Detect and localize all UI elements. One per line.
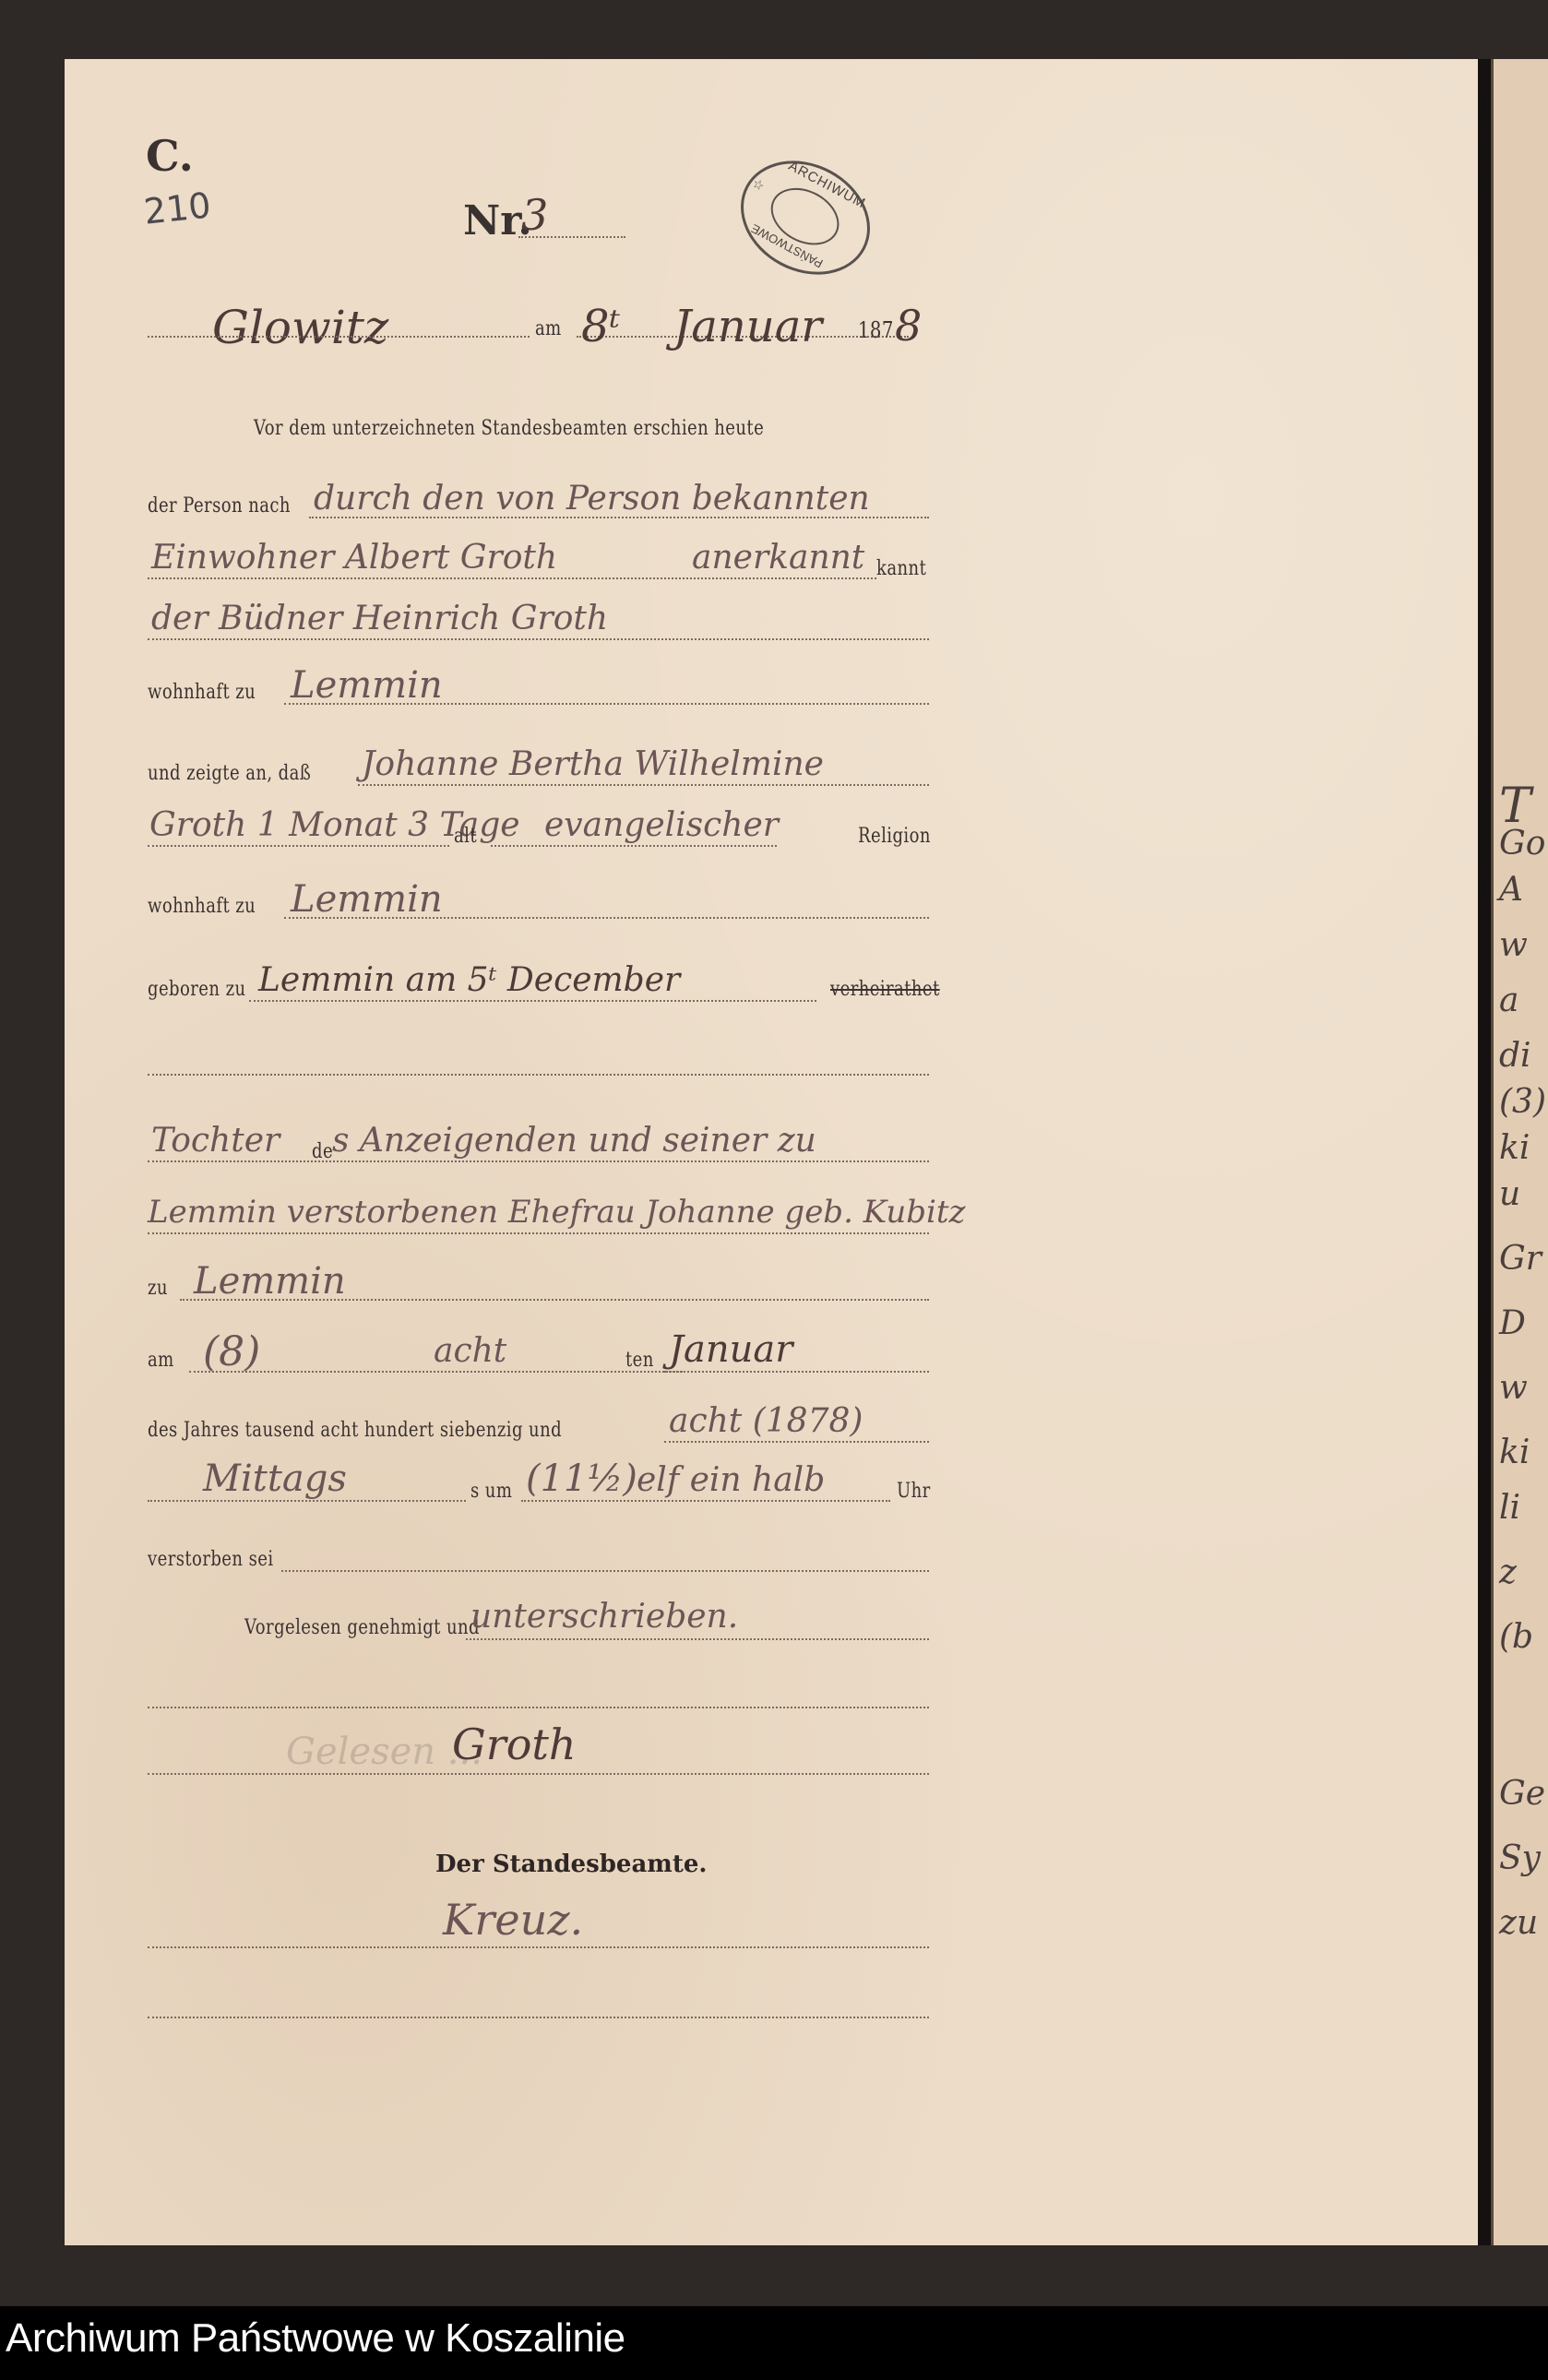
age-label: alt — [454, 825, 477, 848]
entry-number-line — [518, 236, 625, 238]
neighbour-line: Ge — [1499, 1775, 1545, 1813]
zu-value: Lemmin — [194, 1260, 346, 1303]
religion-line — [491, 845, 777, 847]
page-gutter — [1478, 59, 1491, 2245]
neighbour-line: li — [1499, 1489, 1520, 1527]
informant-signature-line — [148, 1773, 929, 1775]
deceased-residence-value: Lemmin — [291, 878, 443, 921]
died-label: verstorben sei — [148, 1548, 274, 1571]
read-value: unterschrieben. — [470, 1598, 738, 1636]
relation-rest: s Anzeigenden und seiner zu — [332, 1122, 816, 1160]
archive-caption-bar: Archiwum Państwowe w Koszalinie — [0, 2306, 1548, 2380]
neighbour-line: A — [1499, 871, 1523, 909]
residence-value: Lemmin — [291, 664, 443, 707]
official-signature: Kreuz. — [443, 1895, 583, 1945]
death-ten-label: ten — [625, 1349, 654, 1372]
death-day-word: acht — [434, 1332, 506, 1370]
year-printed: 187 — [858, 317, 894, 343]
deceased-name: Johanne Bertha Wilhelmine — [362, 745, 824, 783]
time-of-day: Mittags — [203, 1458, 347, 1500]
neighbour-line: w — [1499, 1369, 1528, 1407]
mother-value: Lemmin verstorbenen Ehefrau Johanne geb.… — [148, 1194, 965, 1231]
zu-label: zu — [148, 1277, 168, 1300]
place-value: Glowitz — [212, 301, 388, 354]
pencil-page-number: 210 — [142, 184, 213, 232]
neighbour-page: T Go A w a di (3) ki u Gr D w ki li z (b… — [1491, 59, 1548, 2245]
born-label: geboren zu — [148, 978, 246, 1001]
date-label: am — [535, 317, 562, 340]
name-suffix-handwritten: anerkannt — [692, 539, 864, 577]
neighbour-line: w — [1499, 926, 1528, 964]
neighbour-line: ki — [1499, 1434, 1530, 1471]
death-day-line — [189, 1371, 683, 1373]
informant-signature: Groth — [452, 1720, 577, 1769]
born-line — [249, 1000, 816, 1002]
year-sentence: des Jahres tausend acht hundert siebenzi… — [148, 1419, 562, 1442]
time-of-day-line — [148, 1500, 466, 1502]
entry-number: 3 — [521, 190, 548, 240]
time-hour: (11½) — [526, 1458, 637, 1500]
religion-value: evangelischer — [544, 806, 779, 844]
death-month-line — [664, 1371, 929, 1373]
neighbour-line: Go — [1499, 825, 1545, 863]
name-line — [148, 577, 876, 579]
died-line — [281, 1570, 929, 1572]
death-year-value: acht (1878) — [669, 1402, 863, 1440]
reported-label: und zeigte an, daß — [148, 762, 311, 785]
time-words: elf ein halb — [637, 1461, 825, 1499]
death-month: Januar — [669, 1328, 792, 1371]
neighbour-line: Sy — [1499, 1839, 1541, 1877]
document-page: C. 210 ARCHIWUM PAŃSTWOWE ☆ Nr. 3 Glowit… — [65, 59, 1480, 2245]
deceased-name-line — [358, 784, 929, 786]
time-mid-label: s um — [470, 1480, 512, 1503]
person-label: der Person nach — [148, 494, 291, 518]
name-suffix-printed: kannt — [876, 557, 926, 580]
neighbour-line: ki — [1499, 1129, 1530, 1167]
intro-text: Vor dem unterzeichneten Standesbeamten e… — [254, 417, 764, 440]
neighbour-line: z — [1499, 1553, 1517, 1591]
neighbour-line: D — [1499, 1304, 1526, 1342]
residence-label: wohnhaft zu — [148, 681, 256, 704]
death-day: (8) — [203, 1328, 260, 1375]
relation-value: Tochter — [151, 1122, 280, 1160]
neighbour-line: (3) — [1499, 1083, 1546, 1121]
informant-signature-top-line — [148, 1707, 929, 1708]
series-letter: C. — [146, 131, 194, 181]
name-value: Einwohner Albert Groth — [151, 539, 557, 577]
relation-printed: de — [312, 1140, 333, 1163]
blank-line — [148, 1074, 929, 1076]
archive-caption: Archiwum Państwowe w Koszalinie — [6, 2315, 625, 2362]
official-heading: Der Standesbeamte. — [435, 1850, 707, 1878]
neighbour-line: (b — [1499, 1618, 1533, 1656]
date-month: Januar — [673, 301, 822, 352]
death-year-line — [664, 1441, 929, 1443]
time-line — [521, 1500, 890, 1502]
neighbour-line: u — [1499, 1175, 1520, 1213]
married-label-struck: verheirathet — [830, 978, 940, 1001]
bottom-blank-line — [148, 2017, 929, 2018]
informant-value: der Büdner Heinrich Groth — [151, 600, 608, 637]
relation-line — [148, 1160, 929, 1162]
neighbour-line: a — [1499, 982, 1518, 1019]
place-line — [148, 336, 530, 338]
death-am-label: am — [148, 1349, 174, 1372]
mother-line — [148, 1232, 929, 1234]
archive-stamp: ARCHIWUM PAŃSTWOWE ☆ — [720, 139, 889, 297]
informant-line — [148, 638, 929, 640]
read-line — [466, 1638, 929, 1640]
born-value: Lemmin am 5ᵗ December — [258, 961, 680, 999]
deceased-residence-label: wohnhaft zu — [148, 895, 256, 918]
neighbour-line: di — [1499, 1037, 1531, 1075]
date-day: 8ᵗ — [581, 301, 620, 352]
age-line — [148, 845, 449, 847]
year-handwritten: 8 — [895, 301, 922, 351]
neighbour-line: zu — [1499, 1904, 1538, 1942]
read-label: Vorgelesen genehmigt und — [244, 1616, 480, 1639]
person-value: durch den von Person bekannten — [314, 480, 870, 518]
star-icon: ☆ — [749, 176, 767, 195]
religion-label: Religion — [858, 825, 931, 848]
time-unit-label: Uhr — [897, 1480, 931, 1503]
neighbour-line: Gr — [1499, 1240, 1542, 1278]
official-signature-line — [148, 1946, 929, 1948]
